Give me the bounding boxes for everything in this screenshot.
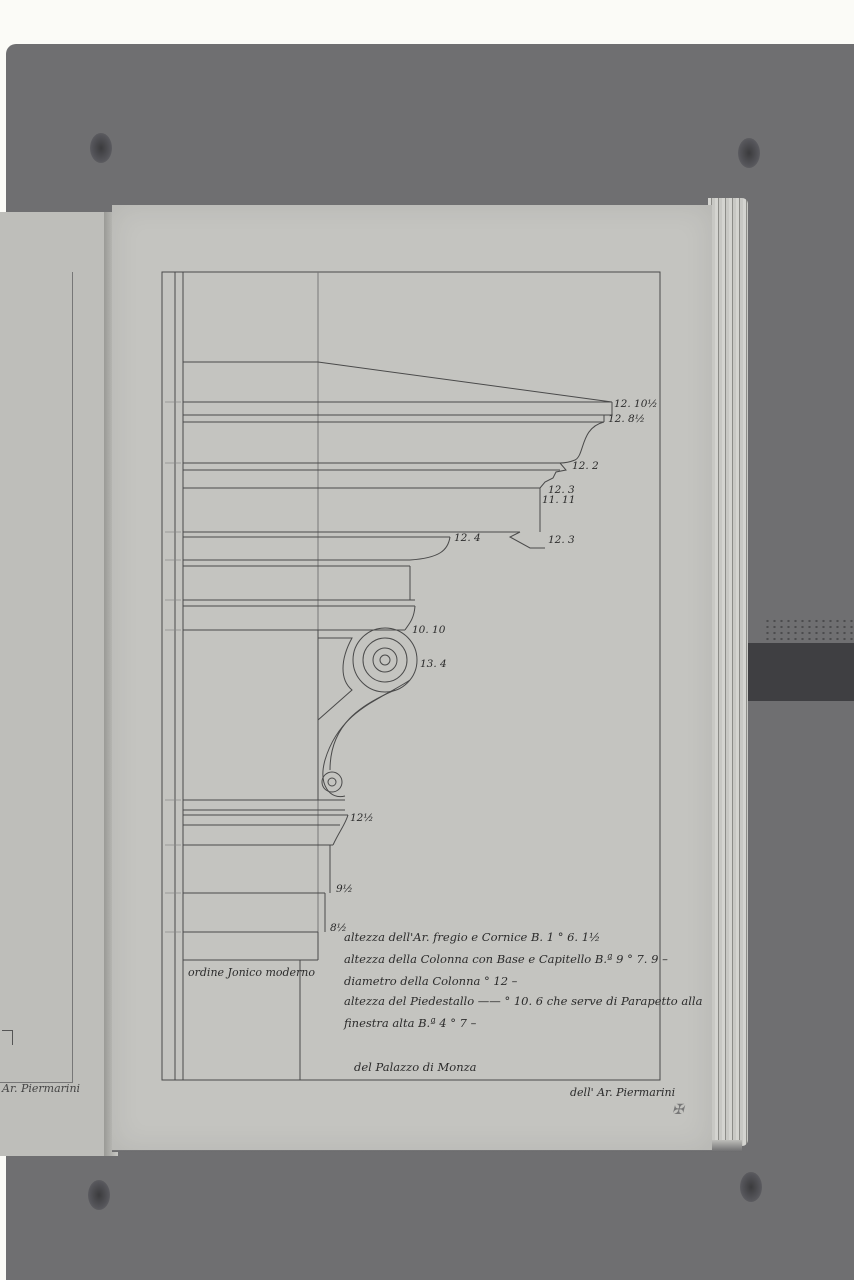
dimension-label: 12. 2 [572,460,599,472]
dimension-label: 10. 10 [412,624,445,636]
dimension-label: 12½ [350,812,374,824]
order-label: ordine Jonico moderno [188,966,315,979]
dimension-label: 12. 4 [454,532,481,544]
dimension-label: 12. 3 [548,534,575,546]
architectural-drawing [0,0,854,1280]
dimension-label: 12. 10½ [614,398,658,410]
note-line: altezza del Piedestallo —— ° 10. 6 che s… [344,994,702,1008]
stamp-icon: ✠ [672,1102,684,1118]
note-line: altezza della Colonna con Base e Capitel… [344,952,668,966]
dimension-label: 13. 4 [420,658,447,670]
note-line: diametro della Colonna ° 12 – [344,974,517,988]
signature: dell' Ar. Piermarini [570,1086,675,1099]
dimension-label: 12. 8½ [608,413,645,425]
note-line: altezza dell'Ar. fregio e Cornice B. 1 °… [344,930,600,944]
caption: del Palazzo di Monza [354,1060,477,1074]
note-line: finestra alta B.ª 4 ° 7 – [344,1016,476,1030]
dimension-label: 11. 11 [542,494,575,506]
dimension-label: 9½ [336,883,353,895]
